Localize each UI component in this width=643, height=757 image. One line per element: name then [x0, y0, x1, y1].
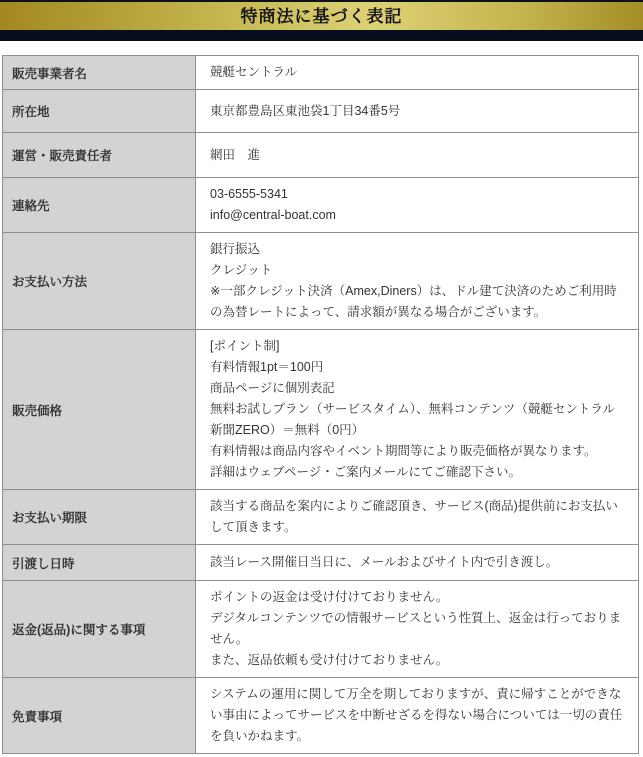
- value-line: 有料情報は商品内容やイベント期間等により販売価格が異なります。: [210, 441, 626, 462]
- value-line: ※一部クレジット決済（Amex,Diners）は、ドル建て決済のためご利用時の為…: [210, 281, 626, 323]
- page-title: 特商法に基づく表記: [241, 8, 403, 25]
- row-label: 連絡先: [3, 178, 196, 233]
- table-body: 販売事業者名競艇セントラル所在地東京都豊島区東池袋1丁目34番5号運営・販売責任…: [3, 56, 639, 754]
- row-label: 運営・販売責任者: [3, 133, 196, 178]
- header-divider-bar: [0, 30, 643, 41]
- value-line: 銀行振込: [210, 239, 626, 260]
- table-row: 免責事項システムの運用に関して万全を期しておりますが、責に帰すことができない事由…: [3, 678, 639, 754]
- value-line: 網田 進: [210, 145, 626, 166]
- row-label: 免責事項: [3, 678, 196, 754]
- value-line: 競艇セントラル: [210, 62, 626, 83]
- row-label: 販売価格: [3, 330, 196, 490]
- value-line: 詳細はウェブページ・ご案内メールにてご確認下さい。: [210, 462, 626, 483]
- table-row: 販売価格[ポイント制]有料情報1pt＝100円商品ページに個別表記無料お試しプラ…: [3, 330, 639, 490]
- row-value: 該当する商品を案内によりご確認頂き、サービス(商品)提供前にお支払いして頂きます…: [196, 490, 639, 545]
- value-line: info@central-boat.com: [210, 205, 626, 226]
- table-row: 連絡先03-6555-5341info@central-boat.com: [3, 178, 639, 233]
- value-line: システムの運用に関して万全を期しておりますが、責に帰すことができない事由によって…: [210, 684, 626, 747]
- row-label: 販売事業者名: [3, 56, 196, 90]
- value-line: 該当レース開催日当日に、メールおよびサイト内で引き渡し。: [210, 552, 626, 573]
- row-label: お支払い方法: [3, 233, 196, 330]
- row-value: 該当レース開催日当日に、メールおよびサイト内で引き渡し。: [196, 545, 639, 581]
- row-label: 引渡し日時: [3, 545, 196, 581]
- value-line: また、返品依頼も受け付けておりません。: [210, 650, 626, 671]
- row-value: 銀行振込クレジット※一部クレジット決済（Amex,Diners）は、ドル建て決済…: [196, 233, 639, 330]
- table-row: お支払い方法銀行振込クレジット※一部クレジット決済（Amex,Diners）は、…: [3, 233, 639, 330]
- row-value: 03-6555-5341info@central-boat.com: [196, 178, 639, 233]
- row-label: お支払い期限: [3, 490, 196, 545]
- row-label: 返金(返品)に関する事項: [3, 581, 196, 678]
- row-value: 網田 進: [196, 133, 639, 178]
- row-value: [ポイント制]有料情報1pt＝100円商品ページに個別表記無料お試しプラン（サー…: [196, 330, 639, 490]
- value-line: クレジット: [210, 260, 626, 281]
- table-row: 販売事業者名競艇セントラル: [3, 56, 639, 90]
- value-line: 該当する商品を案内によりご確認頂き、サービス(商品)提供前にお支払いして頂きます…: [210, 496, 626, 538]
- value-line: 商品ページに個別表記: [210, 378, 626, 399]
- table-row: 引渡し日時該当レース開催日当日に、メールおよびサイト内で引き渡し。: [3, 545, 639, 581]
- page-header-banner: 特商法に基づく表記: [0, 0, 643, 30]
- value-line: 無料お試しプラン（サービスタイム）、無料コンテンツ（競艇セントラル新聞ZERO）…: [210, 399, 626, 441]
- value-line: 03-6555-5341: [210, 184, 626, 205]
- row-value: システムの運用に関して万全を期しておりますが、責に帰すことができない事由によって…: [196, 678, 639, 754]
- value-line: 有料情報1pt＝100円: [210, 357, 626, 378]
- tokushoho-table: 販売事業者名競艇セントラル所在地東京都豊島区東池袋1丁目34番5号運営・販売責任…: [2, 55, 639, 754]
- row-value: 競艇セントラル: [196, 56, 639, 90]
- table-row: 所在地東京都豊島区東池袋1丁目34番5号: [3, 90, 639, 133]
- value-line: 東京都豊島区東池袋1丁目34番5号: [210, 101, 626, 122]
- value-line: デジタルコンテンツでの情報サービスという性質上、返金は行っておりません。: [210, 608, 626, 650]
- table-row: お支払い期限該当する商品を案内によりご確認頂き、サービス(商品)提供前にお支払い…: [3, 490, 639, 545]
- row-label: 所在地: [3, 90, 196, 133]
- table-row: 運営・販売責任者網田 進: [3, 133, 639, 178]
- tokushoho-page: 特商法に基づく表記 販売事業者名競艇セントラル所在地東京都豊島区東池袋1丁目34…: [0, 0, 643, 754]
- value-line: [ポイント制]: [210, 336, 626, 357]
- row-value: 東京都豊島区東池袋1丁目34番5号: [196, 90, 639, 133]
- value-line: ポイントの返金は受け付けておりません。: [210, 587, 626, 608]
- row-value: ポイントの返金は受け付けておりません。デジタルコンテンツでの情報サービスという性…: [196, 581, 639, 678]
- table-row: 返金(返品)に関する事項ポイントの返金は受け付けておりません。デジタルコンテンツ…: [3, 581, 639, 678]
